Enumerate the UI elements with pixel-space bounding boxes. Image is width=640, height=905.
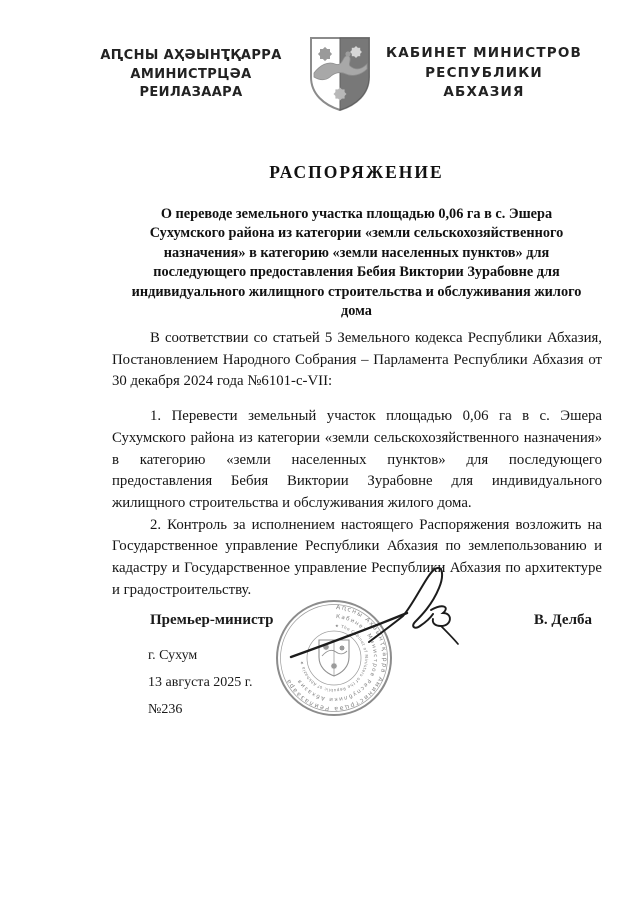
org-name-abkhazian-line1: АԤСНЫ АҲӘЫНҬҚАРРА — [82, 47, 300, 66]
document-subject-text: О переводе земельного участка площадью 0… — [123, 205, 591, 321]
preamble-paragraph: В соответствии со статьей 5 Земельного к… — [112, 328, 602, 393]
document-place: г. Сухум — [148, 648, 197, 664]
document-subject: О переводе земельного участка площадью 0… — [112, 205, 601, 321]
order-item-1: 1. Перевести земельный участок площадью … — [112, 406, 602, 515]
coat-of-arms-icon — [304, 33, 376, 113]
document-page: АԤСНЫ АҲӘЫНҬҚАРРА АМИНИСТРЦӘА РЕИЛАЗААРА — [0, 0, 640, 905]
handwritten-signature-icon — [285, 558, 475, 668]
document-number: №236 — [148, 702, 182, 718]
document-title: РАСПОРЯЖЕНИЕ — [112, 162, 601, 183]
org-name-russian: КАБИНЕТ МИНИСТРОВ РЕСПУБЛИКИ АБХАЗИЯ — [386, 44, 582, 103]
document-date: 13 августа 2025 г. — [148, 675, 252, 691]
org-name-abkhazian: АԤСНЫ АҲӘЫНҬҚАРРА АМИНИСТРЦӘА РЕИЛАЗААРА — [82, 47, 300, 103]
signer-name: В. Делба — [534, 612, 592, 629]
org-name-russian-line1: КАБИНЕТ МИНИСТРОВ — [386, 44, 582, 64]
org-name-abkhazian-line2: АМИНИСТРЦӘА РЕИЛАЗААРА — [82, 66, 300, 103]
signer-post: Премьер-министр — [150, 612, 274, 629]
org-name-russian-line2: РЕСПУБЛИКИ АБХАЗИЯ — [386, 64, 582, 103]
